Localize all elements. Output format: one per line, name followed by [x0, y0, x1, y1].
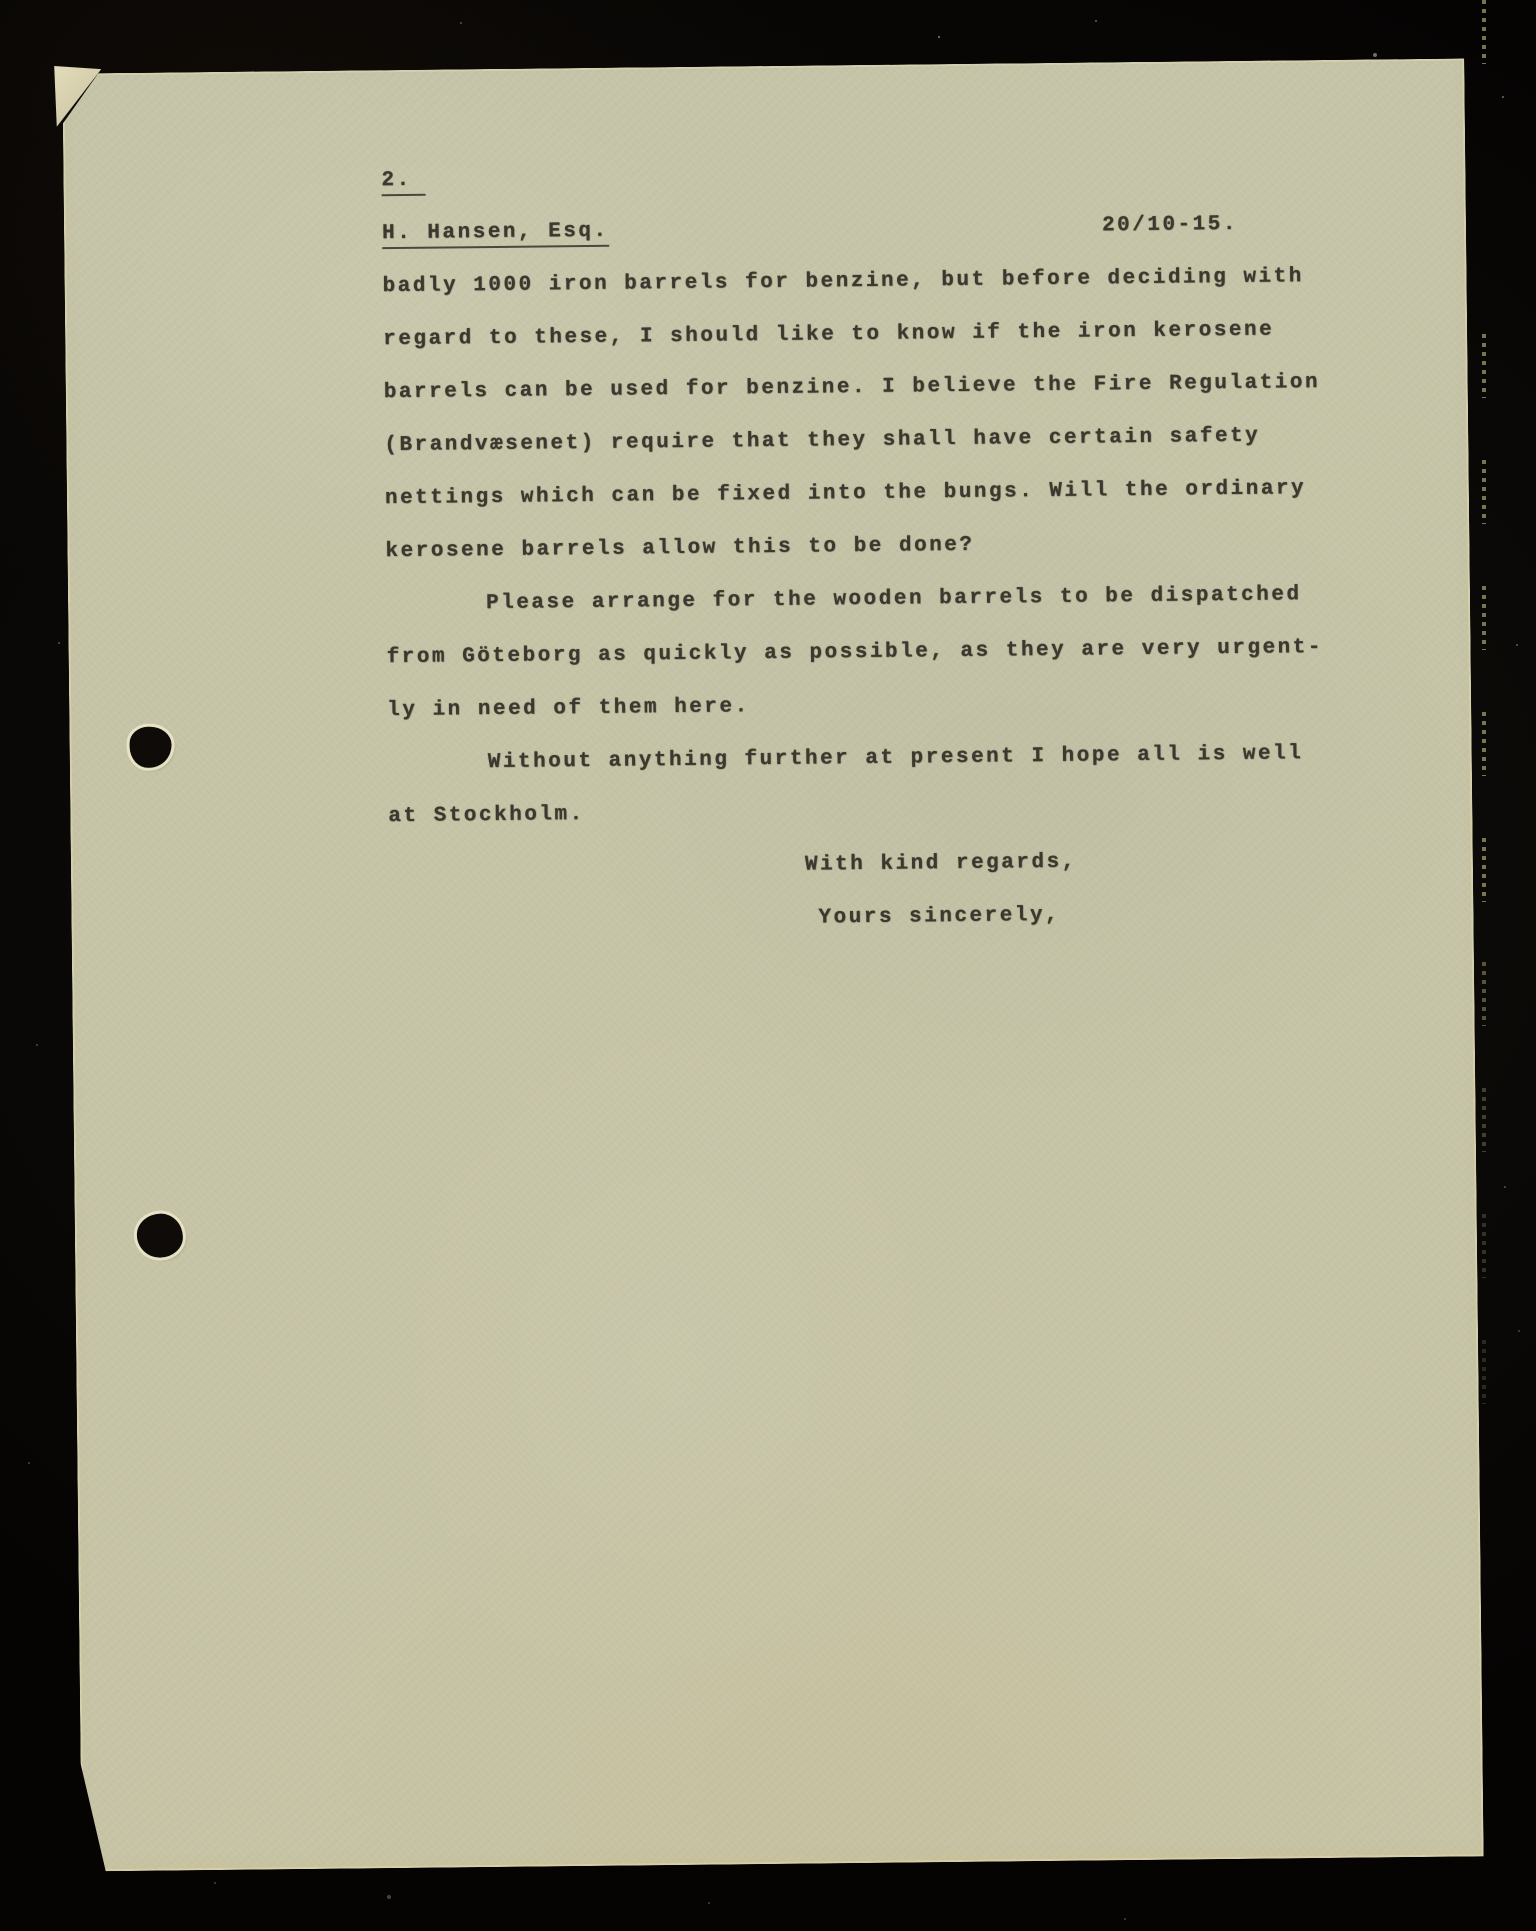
scan-background: 2. H. Hansen, Esq. 20/10-15. badly 1000 … — [0, 0, 1536, 1931]
letter-content: 2. H. Hansen, Esq. 20/10-15. badly 1000 … — [381, 143, 1450, 949]
binding-stitch-mark — [1482, 334, 1486, 398]
binding-stitch-mark — [1482, 0, 1486, 64]
binding-stitch-mark — [1482, 1340, 1486, 1404]
binding-stitch-mark — [1482, 712, 1486, 776]
binding-stitch-mark — [1482, 586, 1486, 650]
dust-specks — [0, 0, 2, 2]
letter-date: 20/10-15. — [1102, 198, 1238, 252]
binding-stitch-mark — [1482, 838, 1486, 902]
punch-hole-bottom — [137, 1213, 183, 1257]
recipient-name: H. Hansen, Esq. — [382, 220, 609, 249]
binding-stitch-mark — [1482, 460, 1486, 524]
letter-page: 2. H. Hansen, Esq. 20/10-15. badly 1000 … — [62, 58, 1483, 1871]
binding-stitch-mark — [1482, 962, 1486, 1026]
binding-stitch-mark — [1482, 1088, 1486, 1152]
binding-stitch-mark — [1482, 1214, 1486, 1278]
